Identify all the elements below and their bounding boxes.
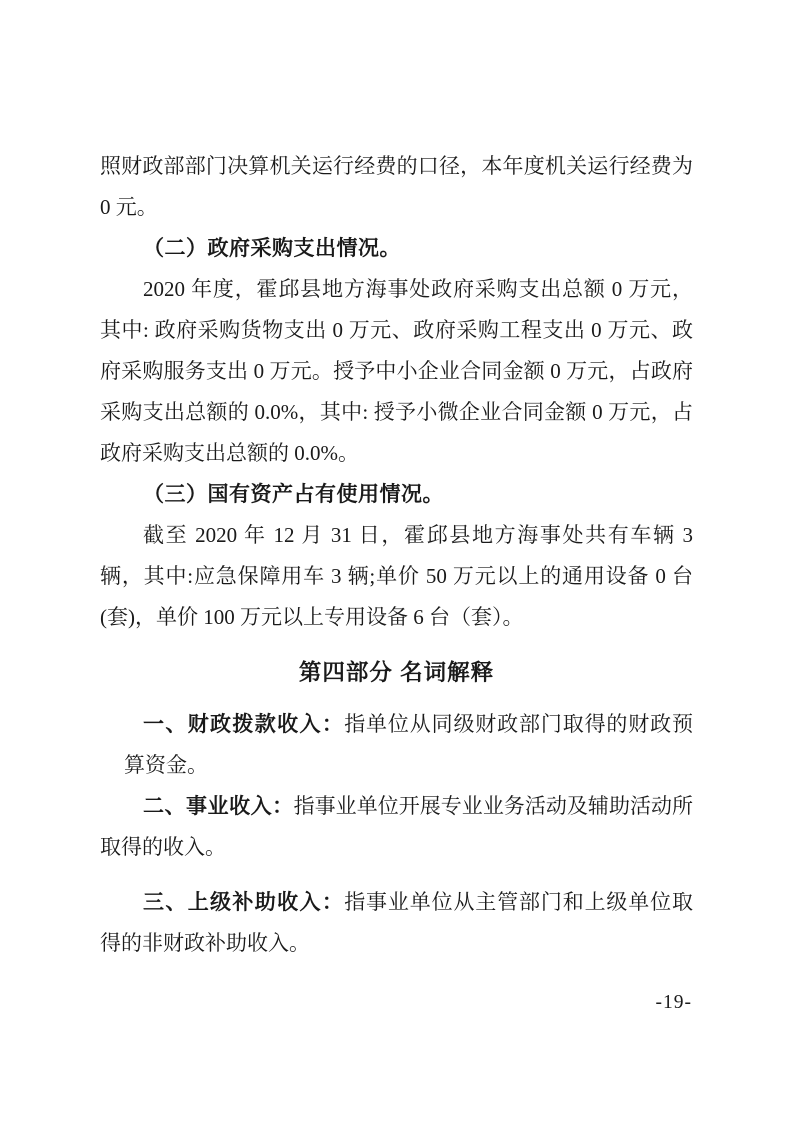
definition-term: 二、事业收入： bbox=[143, 795, 294, 818]
heading-gov-procurement: （二）政府采购支出情况。 bbox=[100, 228, 693, 269]
definition-item-superior-subsidy: 三、上级补助收入：指事业单位从主管部门和上级单位取得的非财政补助收入。 bbox=[100, 882, 693, 964]
heading-state-assets: （三）国有资产占有使用情况。 bbox=[100, 474, 693, 515]
section-heading-glossary: 第四部分 名词解释 bbox=[100, 652, 693, 694]
definition-item-fiscal-appropriation: 一、财政拨款收入：指单位从同级财政部门取得的财政预算资金。 bbox=[100, 704, 693, 786]
definition-item-operating-income: 二、事业收入：指事业单位开展专业业务活动及辅助活动所取得的收入。 bbox=[100, 786, 693, 868]
para-state-assets: 截至 2020 年 12 月 31 日，霍邱县地方海事处共有车辆 3 辆，其中:… bbox=[100, 515, 693, 638]
document-body: 照财政部部门决算机关运行经费的口径，本年度机关运行经费为 0 元。 （二）政府采… bbox=[100, 146, 693, 964]
definition-term: 一、财政拨款收入： bbox=[143, 713, 344, 736]
page-number: -19- bbox=[656, 992, 693, 1014]
definition-term: 三、上级补助收入： bbox=[143, 891, 344, 914]
para-gov-procurement: 2020 年度，霍邱县地方海事处政府采购支出总额 0 万元，其中: 政府采购货物… bbox=[100, 269, 693, 474]
para-agency-operating-cost: 照财政部部门决算机关运行经费的口径，本年度机关运行经费为 0 元。 bbox=[100, 146, 693, 228]
document-page: 照财政部部门决算机关运行经费的口径，本年度机关运行经费为 0 元。 （二）政府采… bbox=[0, 0, 793, 1122]
